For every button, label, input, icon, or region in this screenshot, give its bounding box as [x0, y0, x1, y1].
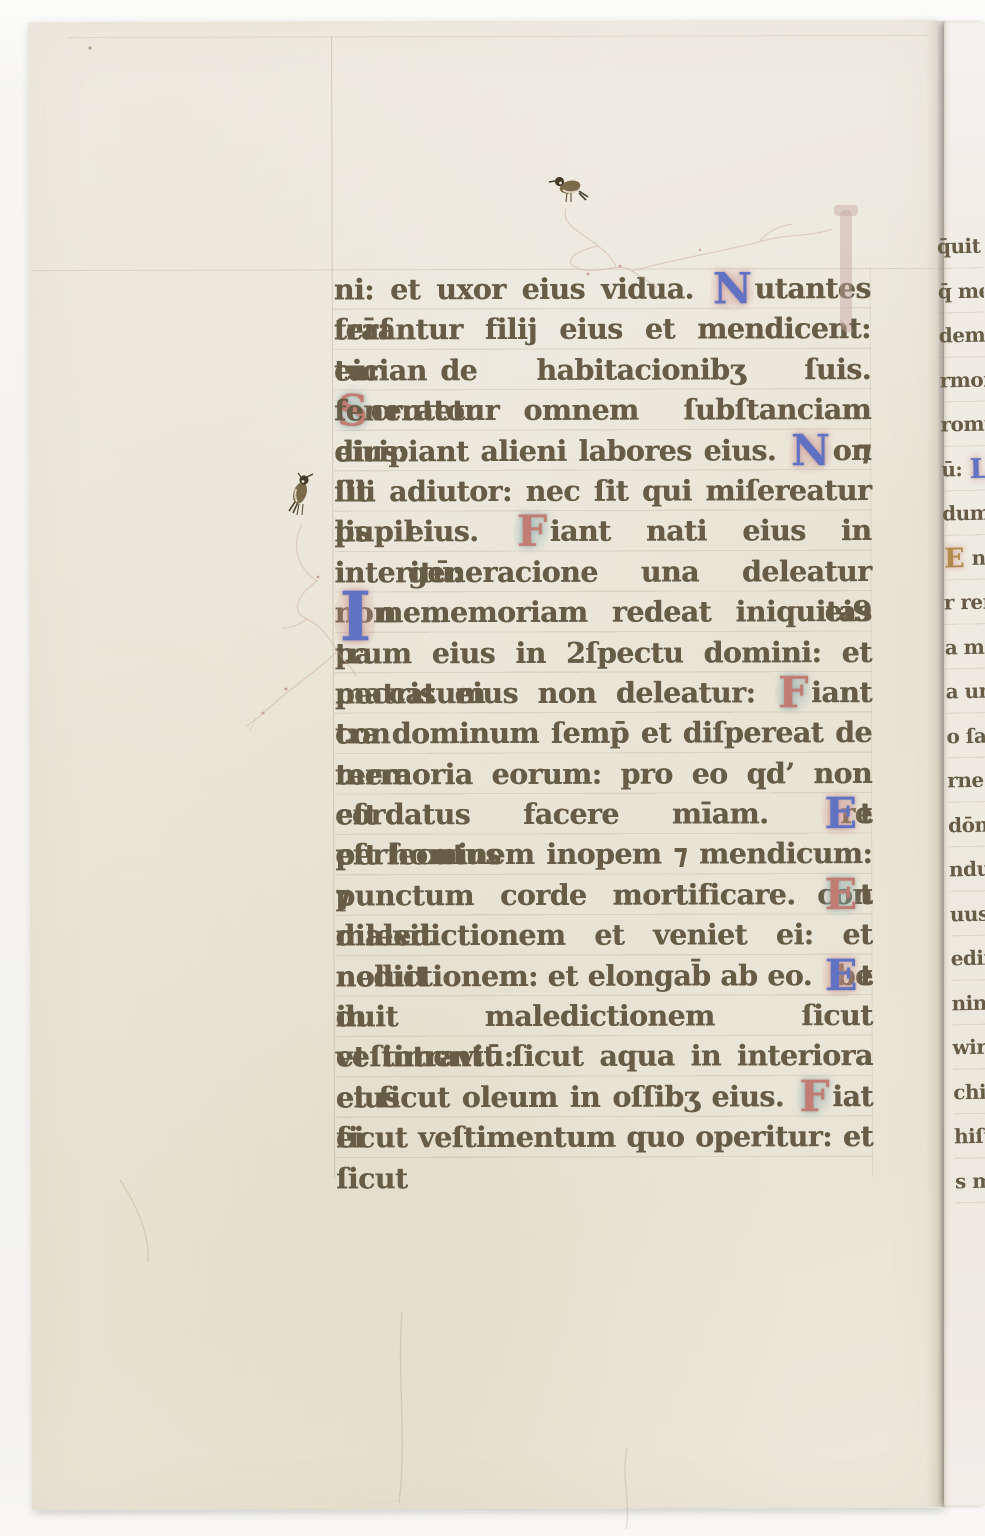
text-line: illi adiutor: nec ſit qui miſereatur pup…	[334, 470, 871, 512]
text-line: In memoriam redeat iniquitas pa	[335, 591, 872, 633]
text-line: matris eius non deleatur: Fiant con	[335, 672, 872, 714]
text-line: memoria eorum: pro eo qd’ non eſt re	[335, 753, 872, 795]
text-line: dōmun	[948, 802, 985, 847]
text-segment: nedictionem: et elongab̄ ab eo.	[336, 958, 822, 993]
text-segment: ū:	[941, 456, 969, 481]
text-segment: hiſt	[954, 1124, 985, 1149]
text-segment: chi p	[953, 1079, 985, 1104]
text-line: eſt hominem inopem ⁊ mendicum: ⁊ con	[335, 833, 872, 875]
text-line: duit maledictionem ſicut veſtimentū:	[336, 995, 873, 1037]
next-folio-edge: q̄uit pq̄ meindemur urmon. Eromū cuū: Li…	[944, 22, 985, 1506]
text-line: ū: Libera	[941, 446, 985, 491]
text-line: nino	[951, 980, 985, 1025]
text-segment: ſicut veſtimentum quo operitur: et ſicut	[336, 1119, 873, 1195]
text-line: et ſicut oleum in oſſibʒ eius. Fiat ei	[336, 1076, 873, 1118]
text-line: ferantur filij eius et mendicent: eician	[334, 308, 871, 350]
text-line: romū cu	[940, 402, 985, 447]
text-segment: edira	[950, 945, 985, 970]
text-line: a meam	[944, 624, 985, 669]
text-segment: r remiſſ	[944, 589, 985, 615]
text-line: a unim	[945, 669, 985, 714]
text-segment: uus n	[950, 901, 985, 926]
text-line: demur u	[938, 313, 985, 358]
text-line: dum: et cos	[942, 491, 985, 536]
text-line: ndun	[949, 847, 985, 892]
text-segment: dōmun	[948, 811, 985, 836]
text-segment: q̄ mein	[938, 278, 985, 303]
text-line: tra dominum ſemp̄ et diſpereat de terra	[335, 712, 872, 754]
text-line: in generacione una deleatur nomen ei9	[334, 551, 871, 593]
text-segment: o ſanis	[946, 723, 985, 748]
text-line: fenerator omnem ſubſtanciam eius: ⁊	[334, 389, 871, 431]
text-segment: ndun	[949, 856, 985, 881]
initial-letter: F	[775, 668, 811, 718]
text-line: wiru	[952, 1025, 985, 1070]
initial-letter: N	[710, 264, 755, 314]
text-segment: nino	[951, 990, 985, 1015]
text-line: ſicut veſtimentum quo operitur: et ſicut	[336, 1116, 873, 1158]
text-line: hiſt	[954, 1113, 985, 1158]
text-line: q̄ mein	[937, 268, 984, 313]
text-line: lis eius. Fiant nati eius in interitū:	[334, 510, 871, 552]
text-segment: wiru	[952, 1034, 985, 1059]
next-folio-text: q̄uit pq̄ meindemur urmon. Eromū cuū: Li…	[937, 224, 985, 1204]
text-segment: romū cu	[940, 411, 985, 437]
initial-letter: N	[788, 426, 833, 476]
text-line: nedictionem: et elongab̄ ab eo. Et in	[335, 955, 872, 997]
text-line: punctum corde mortificare. Et dilexit	[335, 874, 872, 916]
text-segment: a unim	[945, 678, 985, 703]
psalm-text-block: ni: et uxor eius vidua. Nutantes trāſfer…	[334, 268, 873, 1158]
text-segment: q̄uit p	[937, 233, 984, 258]
initial-letter: L	[968, 453, 985, 484]
text-line: tur de habitacionibʒ ſuis. Scrutetur	[334, 349, 871, 391]
text-segment: diripiant alieni labores eius.	[334, 433, 788, 468]
manuscript-page: ni: et uxor eius vidua. Nutantes trāſfer…	[28, 20, 942, 1510]
ruling-line-horizontal-top	[68, 35, 928, 38]
text-segment: rmon.	[939, 367, 985, 392]
text-line: rne a m	[947, 758, 985, 803]
text-line: maledictionem et veniet ei: et noluit be	[335, 914, 872, 956]
text-segment: matris eius non deleatur:	[335, 675, 775, 710]
initial-letter: F	[514, 507, 550, 557]
photo-backdrop: { "document_title": "Illuminated psalter…	[0, 0, 985, 1536]
text-line: diripiant alieni labores eius. Non ſit	[334, 430, 871, 472]
text-line: rmon. E	[939, 357, 985, 402]
text-line: uus n	[949, 891, 985, 936]
text-line: et intravit ſicut aqua in interiora eius	[336, 1035, 873, 1077]
text-segment: punctum corde mortificare.	[335, 877, 821, 912]
text-segment: et ſicut oleum in oſſibʒ eius.	[336, 1079, 796, 1114]
text-line: chi p	[953, 1069, 985, 1114]
initial-letter: F	[796, 1072, 832, 1122]
initial-letter: E	[943, 543, 966, 574]
text-line: edira	[950, 936, 985, 981]
initial-letter: E	[821, 789, 859, 839]
text-segment: naue	[965, 544, 985, 569]
text-segment: dum: et cos	[942, 499, 985, 525]
initial-letter: E	[822, 951, 860, 1001]
text-segment: demur u	[939, 322, 985, 348]
text-line: ni: et uxor eius vidua. Nutantes trāſ	[334, 268, 871, 310]
text-line: s m	[955, 1158, 985, 1203]
text-line: E naue	[943, 535, 985, 580]
text-segment: tur de habitacionibʒ ſuis.	[334, 352, 871, 387]
text-segment: cordatus facere mīam.	[335, 796, 821, 831]
initial-letter: E	[822, 870, 860, 920]
text-segment: a meam	[944, 633, 985, 659]
text-segment: s m	[955, 1168, 985, 1193]
text-segment: rne a m	[947, 767, 985, 793]
text-segment: lis eius.	[334, 514, 514, 548]
text-line: cordatus facere mīam. Et perſecutus	[335, 793, 872, 835]
text-line: q̄uit p	[937, 224, 984, 269]
text-line: trum eius in 2ſpectu domini: et peccatum	[335, 632, 872, 674]
text-line: o ſanis	[946, 713, 985, 758]
text-segment: ni: et uxor eius vidua.	[334, 271, 710, 306]
text-line: r remiſſ	[943, 580, 985, 625]
